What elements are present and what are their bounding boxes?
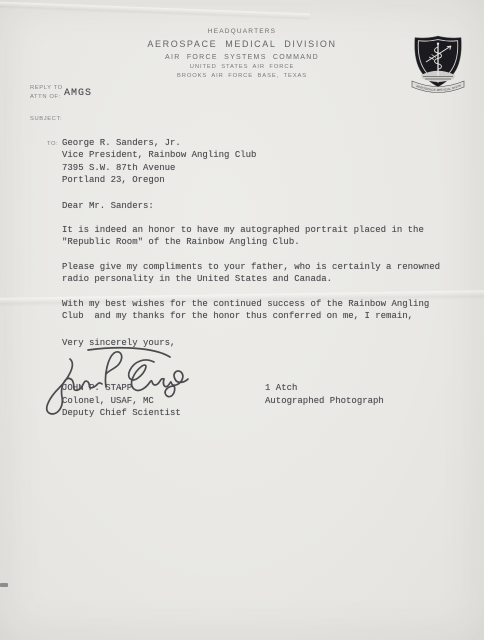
- attn-of-label: ATTN OF:: [30, 94, 61, 100]
- recipient-address-block: George R. Sanders, Jr. Vice President, R…: [62, 137, 256, 187]
- letterhead-headquarters: HEADQUARTERS: [0, 28, 484, 35]
- attachment-description: Autographed Photograph: [265, 395, 384, 408]
- paragraph-line: It is indeed an honor to have my autogra…: [62, 224, 424, 236]
- subject-label: SUBJECT:: [30, 116, 62, 122]
- signer-title: Deputy Chief Scientist: [62, 407, 181, 420]
- recipient-city: Portland 23, Oregon: [62, 174, 256, 186]
- signer-name: JOHN P. STAPP: [62, 382, 181, 395]
- to-label: TO:: [47, 141, 58, 147]
- recipient-title: Vice President, Rainbow Angling Club: [62, 149, 256, 161]
- paper-crease-top: [0, 0, 310, 20]
- paragraph-line: Club and my thanks for the honor thus co…: [62, 310, 429, 322]
- paper-edge-mark: [0, 583, 8, 587]
- attachment-count: 1 Atch: [265, 382, 384, 395]
- paragraph-line: radio personality in the United States a…: [62, 273, 440, 285]
- reply-to-label: REPLY TO: [30, 85, 63, 91]
- paragraph-line: Please give my compliments to your fathe…: [62, 261, 440, 273]
- body-paragraph-1: It is indeed an honor to have my autogra…: [62, 224, 424, 249]
- body-paragraph-3: With my best wishes for the continued su…: [62, 298, 429, 323]
- paragraph-line: "Republic Room" of the Rainbow Angling C…: [62, 236, 424, 248]
- signature-block: JOHN P. STAPP Colonel, USAF, MC Deputy C…: [62, 382, 181, 420]
- recipient-street: 7395 S.W. 87th Avenue: [62, 162, 256, 174]
- body-paragraph-2: Please give my compliments to your fathe…: [62, 261, 440, 286]
- attn-office-symbol: AMGS: [64, 88, 92, 100]
- paragraph-line: With my best wishes for the continued su…: [62, 298, 429, 310]
- attachment-block: 1 Atch Autographed Photograph: [265, 382, 384, 407]
- recipient-name: George R. Sanders, Jr.: [62, 137, 256, 149]
- salutation: Dear Mr. Sanders:: [62, 200, 154, 212]
- aerospace-medical-division-shield-emblem: AEROSPACE MEDICAL DIVISION: [409, 35, 467, 97]
- scanned-letter-page: HEADQUARTERS AEROSPACE MEDICAL DIVISION …: [0, 0, 484, 640]
- signer-rank: Colonel, USAF, MC: [62, 395, 181, 408]
